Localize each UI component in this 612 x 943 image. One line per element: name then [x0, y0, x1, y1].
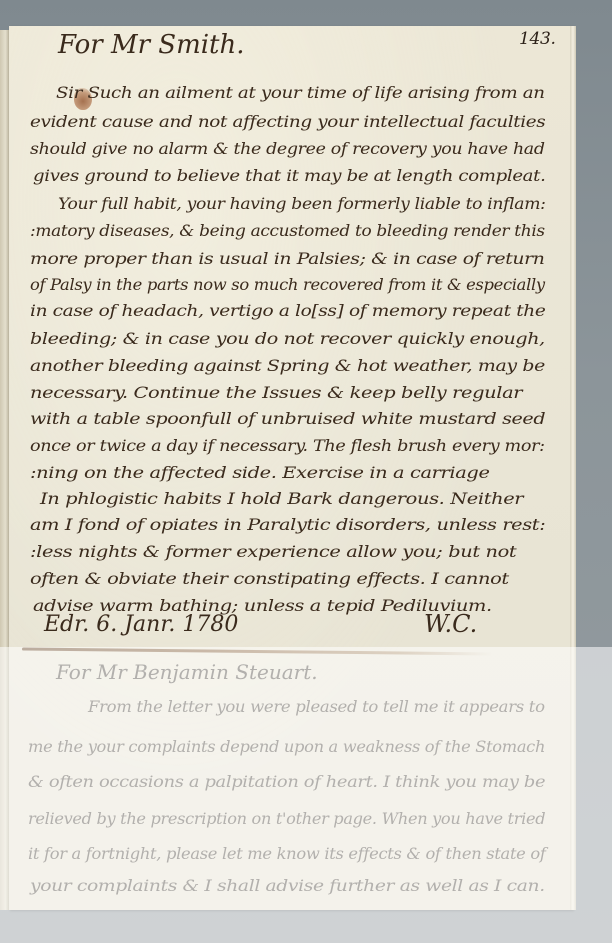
letter-1-line: more proper than is usual in Palsies; & … [30, 250, 545, 268]
letter-1-line: Sir Such an ailment at your time of life… [56, 84, 545, 102]
letter-1-line: :ning on the affected side. Exercise in … [30, 464, 490, 482]
letter-1-line: in case of headach, vertigo a lo[ss] of … [30, 302, 545, 320]
letter-1-line: should give no alarm & the degree of rec… [30, 140, 545, 158]
letter-1-line: evident cause and not affecting your int… [30, 113, 545, 131]
letter-1-line: bleeding; & in case you do not recover q… [30, 330, 545, 348]
letter-1-line: In phlogistic habits I hold Bark dangero… [40, 490, 523, 508]
letter-1-line: once or twice a day if necessary. The fl… [30, 437, 545, 455]
letter-1-line: with a table spoonfull of unbruised whit… [30, 410, 545, 428]
letter-1-line: often & obviate their constipating effec… [30, 570, 509, 588]
letter-1-line: another bleeding against Spring & hot we… [30, 357, 545, 375]
letter-1-line: of Palsy in the parts now so much recove… [30, 276, 545, 294]
letter-1-dateline: Edr. 6. Janr. 1780 [44, 612, 238, 637]
letter-1-line: am I fond of opiates in Paralytic disord… [30, 516, 545, 534]
letter-1-line: :less nights & former experience allow y… [30, 543, 516, 561]
highlight-overlay [0, 647, 612, 943]
letter-1-heading: For Mr Smith. [58, 30, 245, 60]
letter-1-line: :matory diseases, & being accustomed to … [30, 222, 545, 240]
letter-1-line: gives ground to believe that it may be a… [33, 167, 545, 185]
letter-1-line: Your full habit, your having been former… [58, 195, 546, 213]
page-number: 143. [519, 29, 556, 49]
letter-1-line: necessary. Continue the Issues & keep be… [30, 384, 522, 402]
letter-1-signature: W.C. [424, 610, 477, 638]
